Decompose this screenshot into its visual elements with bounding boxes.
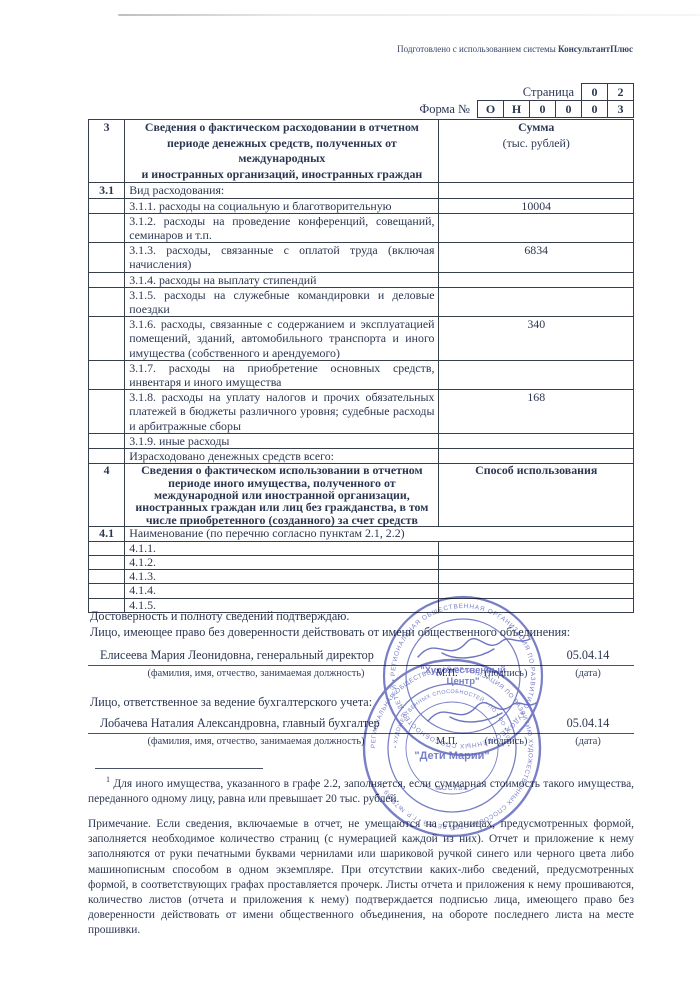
signatory1-name: Елисеева Мария Леонидовна, генеральный д… [100, 648, 374, 663]
mp-label: М.П. [436, 736, 458, 747]
report-table: 3 Сведения о фактическом расходовании в … [88, 119, 634, 613]
row-text: 3.1.1. расходы на социальную и благотвор… [125, 198, 439, 213]
row-text: 4.1.2. [125, 555, 439, 569]
signature-rule [88, 665, 634, 666]
row-text: Вид расходования: [125, 183, 439, 198]
signatory1-date: 05.04.14 [543, 648, 633, 663]
row-number [89, 449, 125, 464]
note-paragraph: Примечание. Если сведения, включаемые в … [88, 817, 634, 939]
row-text: 3.1.3. расходы, связанные с оплатой труд… [125, 243, 439, 272]
row-number [89, 272, 125, 287]
page-number-cells: 0 2 [581, 83, 634, 101]
row-number: 4.1 [89, 527, 125, 541]
form-digit-cell: 3 [608, 100, 634, 118]
table-row: 4.1.2. [89, 555, 634, 569]
table-row: 3.1.2. расходы на проведение конференций… [89, 213, 634, 242]
row-number [89, 213, 125, 242]
row-value [439, 360, 634, 389]
row-number [89, 584, 125, 598]
footnote: 1 Для иного имущества, указанного в граф… [88, 772, 634, 807]
section4-usage-header: Способ использования [439, 464, 634, 527]
row-text: 3.1.7. расходы на приобретение основных … [125, 360, 439, 389]
section3-title: Сведения о фактическом расходовании в от… [125, 120, 439, 183]
row-number: 3.1 [89, 183, 125, 198]
row-number [89, 243, 125, 272]
page-number-row: Страница 0 2 [419, 83, 634, 101]
date-label: (дата) [558, 736, 618, 747]
row-value: 6834 [439, 243, 634, 272]
signatory2-name: Лобачева Наталия Александровна, главный … [100, 716, 380, 731]
row-value [439, 183, 634, 198]
section4-title: Сведения о фактическом использовании в о… [125, 464, 439, 527]
section3-sum-header: Сумма(тыс. рублей) [439, 120, 634, 183]
scan-artifact-line [118, 14, 700, 16]
signatory1-intro: Лицо, имеющее право без доверенности дей… [90, 625, 570, 640]
row-text: 3.1.9. иные расходы [125, 433, 439, 448]
row-value [439, 213, 634, 242]
row-value: 168 [439, 390, 634, 434]
row-value [439, 555, 634, 569]
row-number [89, 541, 125, 555]
signatory2-intro: Лицо, ответственное за ведение бухгалтер… [90, 695, 372, 710]
row-text: Наименование (по перечню согласно пункта… [125, 527, 634, 541]
signature-rule [88, 733, 634, 734]
table-row: 3.1.1. расходы на социальную и благотвор… [89, 198, 634, 213]
table-row: 3.1.4. расходы на выплату стипендий [89, 272, 634, 287]
signature-label: (подпись) [476, 736, 536, 747]
row-value [439, 433, 634, 448]
form-digit-cell: 0 [582, 100, 608, 118]
row-value [439, 584, 634, 598]
footnote-text: Для иного имущества, указанного в графе … [88, 778, 634, 805]
scanned-report-page: { "page": { "prepared_note": "Подготовле… [0, 0, 700, 989]
row-number [89, 287, 125, 316]
sum-title: Сумма [518, 120, 554, 134]
date-label: (дата) [558, 668, 618, 679]
row-text: 4.1.3. [125, 570, 439, 584]
table-row: 3.1.8. расходы на уплату налогов и прочи… [89, 390, 634, 434]
page-label: Страница [523, 85, 574, 100]
prepared-note-text: Подготовлено с использованием системы [397, 44, 558, 54]
signature-block-accountant: Лобачева Наталия Александровна, главный … [88, 716, 634, 752]
row-text: 3.1.4. расходы на выплату стипендий [125, 272, 439, 287]
footnote-separator [95, 768, 263, 769]
fio-label: (фамилия, имя, отчество, занимаемая долж… [106, 668, 406, 679]
row-text: 4.1.4. [125, 584, 439, 598]
row-value [439, 598, 634, 612]
row-number [89, 198, 125, 213]
table-row: 3.1.3. расходы, связанные с оплатой труд… [89, 243, 634, 272]
table-row: 3.1.7. расходы на приобретение основных … [89, 360, 634, 389]
form-number-cells: О Н 0 0 0 3 [477, 100, 634, 118]
table-row: Израсходовано денежных средств всего: [89, 449, 634, 464]
table-row: 3.1.9. иные расходы [89, 433, 634, 448]
fio-label: (фамилия, имя, отчество, занимаемая долж… [106, 736, 406, 747]
signature-block-director: Елисеева Мария Леонидовна, генеральный д… [88, 648, 634, 684]
row-number [89, 433, 125, 448]
row-text: 4.1.1. [125, 541, 439, 555]
table-row: 3.1.6. расходы, связанные с содержанием … [89, 317, 634, 361]
form-number-row: Форма № О Н 0 0 0 3 [419, 100, 634, 118]
table-row: 3.1 Вид расходования: [89, 183, 634, 198]
page-digit-cell: 0 [581, 83, 608, 101]
section4-header-row: 4 Сведения о фактическом использовании в… [89, 464, 634, 527]
section3-header-row: 3 Сведения о фактическом расходовании в … [89, 120, 634, 183]
form-digit-cell: Н [504, 100, 530, 118]
row-number [89, 360, 125, 389]
form-digit-cell: 0 [530, 100, 556, 118]
row-number [89, 555, 125, 569]
prepared-brand-text: КонсультантПлюс [558, 44, 633, 54]
row-text: 3.1.2. расходы на проведение конференций… [125, 213, 439, 242]
row-text: 3.1.6. расходы, связанные с содержанием … [125, 317, 439, 361]
row-value: 340 [439, 317, 634, 361]
confirmation-statement: Достоверность и полноту сведений подтвер… [90, 609, 349, 624]
row-value [439, 449, 634, 464]
table-row: 4.1 Наименование (по перечню согласно пу… [89, 527, 634, 541]
row-value [439, 272, 634, 287]
row-value [439, 287, 634, 316]
sum-subtitle: (тыс. рублей) [503, 136, 570, 150]
section3-number: 3 [89, 120, 125, 183]
table-row: 3.1.5. расходы на служебные командировки… [89, 287, 634, 316]
row-text: Израсходовано денежных средств всего: [125, 449, 439, 464]
section4-number: 4 [89, 464, 125, 527]
form-digit-cell: О [477, 100, 504, 118]
row-value: 10004 [439, 198, 634, 213]
mp-label: М.П. [436, 668, 458, 679]
row-value [439, 541, 634, 555]
row-number [89, 390, 125, 434]
row-text: 3.1.5. расходы на служебные командировки… [125, 287, 439, 316]
row-number [89, 570, 125, 584]
form-label: Форма № [419, 102, 470, 117]
table-row: 4.1.4. [89, 584, 634, 598]
signature-label: (подпись) [476, 668, 536, 679]
prepared-with-note: Подготовлено с использованием системы Ко… [397, 44, 633, 54]
row-value [439, 570, 634, 584]
row-number [89, 317, 125, 361]
row-text: 3.1.8. расходы на уплату налогов и прочи… [125, 390, 439, 434]
signatory2-date: 05.04.14 [543, 716, 633, 731]
table-row: 4.1.1. [89, 541, 634, 555]
form-digit-cell: 0 [556, 100, 582, 118]
table-row: 4.1.3. [89, 570, 634, 584]
page-form-header: Страница 0 2 Форма № О Н 0 0 0 3 [419, 83, 634, 118]
page-digit-cell: 2 [608, 83, 634, 101]
